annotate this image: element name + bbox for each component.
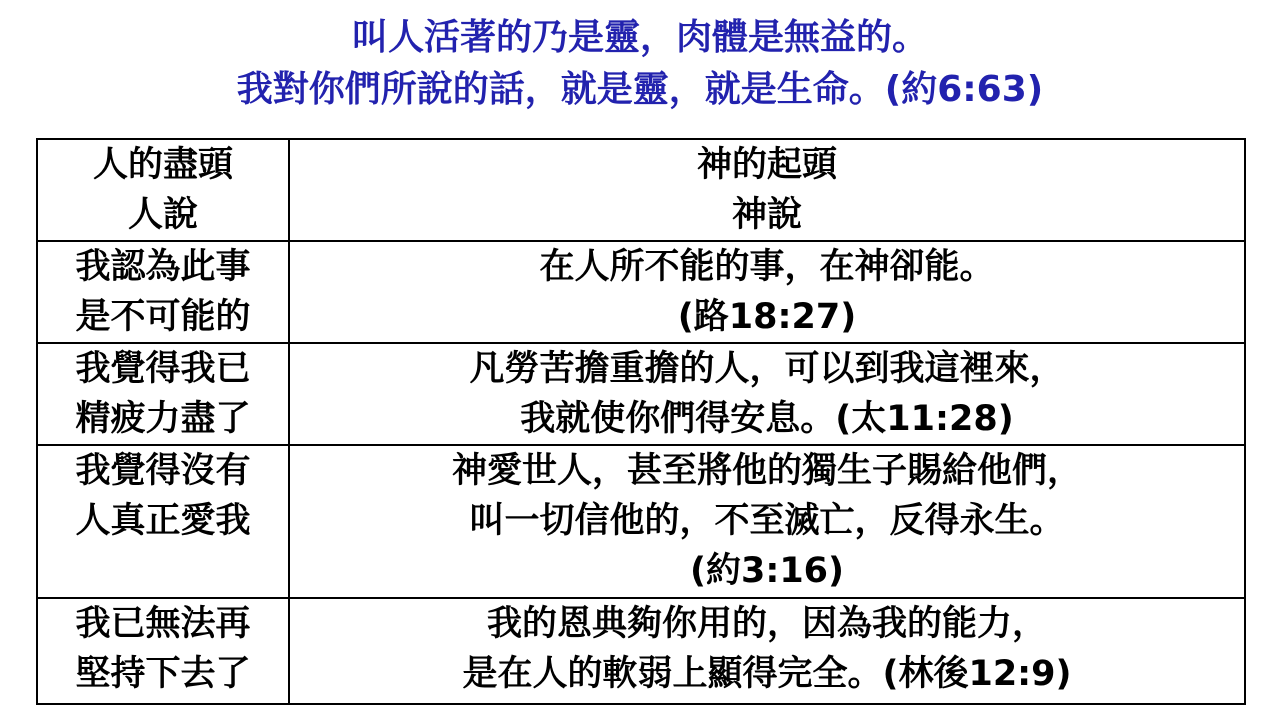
cell-line: 是在人的軟弱上顯得完全。(林後12:9)	[290, 649, 1244, 699]
cell-line: 堅持下去了	[38, 649, 288, 699]
cell-line: (約3:16)	[290, 546, 1244, 596]
header-man-line-2: 人說	[38, 190, 288, 240]
god-says-cell: 在人所不能的事，在神卻能。 (路18:27)	[289, 241, 1245, 343]
cell-line: 我已無法再	[38, 599, 288, 649]
title-line-1: 叫人活著的乃是靈，肉體是無益的。	[0, 12, 1280, 64]
cell-line: 人真正愛我	[38, 496, 288, 546]
table-row: 我覺得我已 精疲力盡了 凡勞苦擔重擔的人，可以到我這裡來， 我就使你們得安息。(…	[37, 343, 1245, 445]
header-cell-god: 神的起頭 神說	[289, 139, 1245, 241]
table-row: 我已無法再 堅持下去了 我的恩典夠你用的，因為我的能力， 是在人的軟弱上顯得完全…	[37, 598, 1245, 704]
cell-line: 我覺得我已	[38, 344, 288, 394]
header-cell-man: 人的盡頭 人說	[37, 139, 289, 241]
slide: 叫人活著的乃是靈，肉體是無益的。 我對你們所說的話，就是靈，就是生命。(約6:6…	[0, 0, 1280, 720]
cell-line: 我認為此事	[38, 242, 288, 292]
cell-line: 是不可能的	[38, 292, 288, 342]
cell-line: 凡勞苦擔重擔的人，可以到我這裡來，	[290, 344, 1244, 394]
header-god-line-1: 神的起頭	[290, 140, 1244, 190]
table-row: 我覺得沒有 人真正愛我 神愛世人，甚至將他的獨生子賜給他們， 叫一切信他的，不至…	[37, 445, 1245, 598]
comparison-table: 人的盡頭 人說 神的起頭 神說 我認為此事 是不可能的 在人所不能的事，在神卻能…	[36, 138, 1246, 705]
cell-line: 精疲力盡了	[38, 394, 288, 444]
table-header-row: 人的盡頭 人說 神的起頭 神說	[37, 139, 1245, 241]
man-says-cell: 我已無法再 堅持下去了	[37, 598, 289, 704]
god-says-cell: 神愛世人，甚至將他的獨生子賜給他們， 叫一切信他的，不至滅亡，反得永生。 (約3…	[289, 445, 1245, 598]
cell-line: (路18:27)	[290, 292, 1244, 342]
slide-title: 叫人活著的乃是靈，肉體是無益的。 我對你們所說的話，就是靈，就是生命。(約6:6…	[0, 12, 1280, 116]
god-says-cell: 凡勞苦擔重擔的人，可以到我這裡來， 我就使你們得安息。(太11:28)	[289, 343, 1245, 445]
cell-line: 我的恩典夠你用的，因為我的能力，	[290, 599, 1244, 649]
cell-line: 神愛世人，甚至將他的獨生子賜給他們，	[290, 446, 1244, 496]
god-says-cell: 我的恩典夠你用的，因為我的能力， 是在人的軟弱上顯得完全。(林後12:9)	[289, 598, 1245, 704]
table-row: 我認為此事 是不可能的 在人所不能的事，在神卻能。 (路18:27)	[37, 241, 1245, 343]
cell-line: 在人所不能的事，在神卻能。	[290, 242, 1244, 292]
man-says-cell: 我覺得我已 精疲力盡了	[37, 343, 289, 445]
header-god-line-2: 神說	[290, 190, 1244, 240]
cell-line: 我就使你們得安息。(太11:28)	[290, 394, 1244, 444]
man-says-cell: 我覺得沒有 人真正愛我	[37, 445, 289, 598]
title-line-2: 我對你們所說的話，就是靈，就是生命。(約6:63)	[0, 64, 1280, 116]
cell-line: 叫一切信他的，不至滅亡，反得永生。	[290, 496, 1244, 546]
header-man-line-1: 人的盡頭	[38, 140, 288, 190]
cell-line: 我覺得沒有	[38, 446, 288, 496]
man-says-cell: 我認為此事 是不可能的	[37, 241, 289, 343]
